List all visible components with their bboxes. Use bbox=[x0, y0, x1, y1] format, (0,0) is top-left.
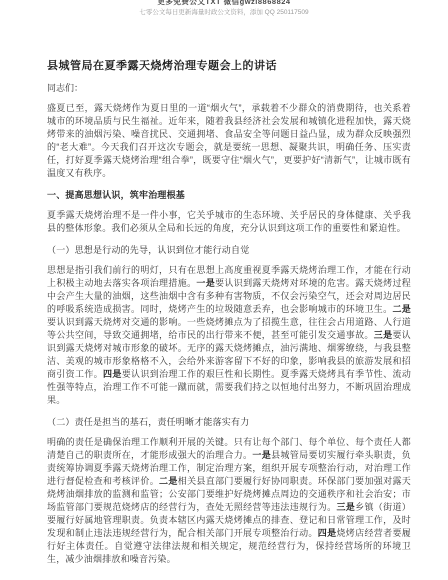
document-page: 更多免费公文TXT 微信gwzl8868824 七零公文每日更新海量时政公文资料… bbox=[0, 0, 448, 580]
paragraph-subsection-2: 明确的责任是确保治理工作顺利开展的关键。只有让每个部门、每个单位、每个责任人都清… bbox=[47, 436, 411, 566]
document-body: 县城管局在夏季露天烧烤治理专题会上的讲话 同志们： 盛夏已至，露天烧烤作为夏日里… bbox=[0, 59, 448, 566]
subsection-heading-1: （一）思想是行动的先导，认识到位才能行动自觉 bbox=[47, 244, 411, 257]
sub1-bold-1: 一是 bbox=[196, 278, 215, 288]
watermark-header: 更多免费公文TXT 微信gwzl8868824 七零公文每日更新海量时政公文资料… bbox=[0, 0, 448, 17]
salutation: 同志们： bbox=[47, 82, 411, 95]
subsection-heading-2: （二）责任是担当的基石，责任明晰才能落实有力 bbox=[47, 416, 411, 429]
document-title: 县城管局在夏季露天烧烤治理专题会上的讲话 bbox=[47, 59, 411, 73]
sub1-bold-3: 三是 bbox=[374, 330, 393, 340]
sub2-bold-1: 一是 bbox=[252, 450, 271, 460]
sub1-bold-2: 二是 bbox=[392, 304, 411, 314]
sub1-bold-4: 四是 bbox=[103, 369, 122, 379]
sub2-bold-4: 四是 bbox=[318, 528, 337, 538]
sub2-bold-2: 二是 bbox=[159, 476, 178, 486]
watermark-line-1: 更多免费公文TXT 微信gwzl8868824 bbox=[0, 0, 448, 7]
paragraph-intro: 盛夏已至，露天烧烤作为夏日里的一道“烟火气”，承载着不少群众的消费期待，也关系着… bbox=[47, 102, 411, 180]
section-heading-1: 一、提高思想认识，筑牢治理根基 bbox=[47, 189, 411, 202]
sub1-text-2: 要认识到露天烧烤对交通的影响。一些烧烤摊点为了招揽生意，往往会占用道路、人行道等… bbox=[47, 317, 411, 340]
watermark-line-2: 七零公文每日更新海量时政公文资料，添加 QQ 250117509 bbox=[0, 8, 448, 17]
paragraph-section1-lead: 夏季露天烧烤治理不是一件小事，它关乎城市的生态环境、关乎居民的身体健康、关乎我县… bbox=[47, 209, 411, 235]
sub2-bold-3: 三是 bbox=[336, 502, 355, 512]
paragraph-subsection-1: 思想是指引我们前行的明灯，只有在思想上高度重视夏季露天烧烤治理工作，才能在行动上… bbox=[47, 264, 411, 407]
